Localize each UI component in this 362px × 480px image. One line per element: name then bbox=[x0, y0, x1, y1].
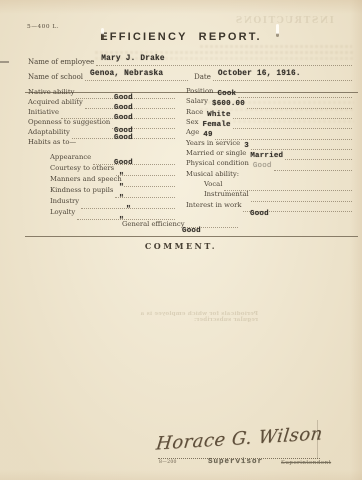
field-label: Musical ability: bbox=[186, 171, 239, 178]
field-label: Age bbox=[186, 129, 199, 136]
rating-label: Habits as to— bbox=[28, 139, 76, 146]
print-run-code: 8—200 bbox=[159, 461, 177, 466]
rating-row-kindness: Kindness to pupils " bbox=[28, 187, 177, 198]
field-label: Years in service bbox=[186, 140, 240, 147]
field-label: Married or single bbox=[186, 150, 246, 157]
field-label: Vocal bbox=[204, 181, 222, 188]
field-row-race: Race White bbox=[186, 109, 354, 119]
ratings-left-column: Native ability Good Acquired ability Goo… bbox=[28, 89, 177, 220]
general-efficiency-label: General efficiency bbox=[122, 221, 185, 228]
dotted-leader: October 16, 1916. bbox=[213, 79, 352, 81]
rating-label: Manners and speech bbox=[50, 176, 122, 183]
school-name-label: Name of school bbox=[28, 74, 83, 81]
signature-role-typed: Supervisor bbox=[208, 459, 263, 467]
fastener-mark-right bbox=[276, 24, 279, 37]
bleed-through-line bbox=[95, 51, 353, 54]
rating-label: Openness to suggestion bbox=[28, 119, 110, 126]
field-label: Position bbox=[186, 88, 213, 95]
bleed-through-instructions: INSTRUCTIONS bbox=[232, 16, 336, 26]
report-title: EFFICIENCY REPORT. bbox=[0, 31, 362, 43]
school-date-row: Name of school Genoa, Nebraska Date Octo… bbox=[28, 74, 354, 81]
rating-row-courtesy: Courtesy to others " bbox=[28, 165, 177, 176]
dotted-leader: Genoa, Nebraska bbox=[85, 79, 188, 81]
bleed-through-periodicals: Periodicals for which employee is a regu… bbox=[138, 311, 258, 323]
general-efficiency-row: General efficiency Good bbox=[122, 221, 240, 228]
date-label: Date bbox=[194, 74, 211, 81]
form-code: 5—400 L. bbox=[27, 25, 59, 31]
rating-label: Loyalty bbox=[50, 209, 75, 216]
bleed-through-line bbox=[200, 45, 352, 48]
rating-row-industry: Industry " bbox=[28, 198, 177, 209]
school-name-value: Genoa, Nebraska bbox=[90, 71, 163, 79]
field-row-salary: Salary $600.00 bbox=[186, 98, 354, 108]
rating-label: Kindness to pupils bbox=[50, 187, 113, 194]
rating-row-loyalty: Loyalty " bbox=[28, 209, 177, 220]
field-label: Race bbox=[186, 109, 203, 116]
field-value: Good bbox=[250, 211, 269, 219]
field-label: Physical condition bbox=[186, 160, 249, 167]
rating-label: Acquired ability bbox=[28, 99, 83, 106]
field-row-position: Position Cook bbox=[186, 88, 354, 98]
field-label: Interest in work bbox=[186, 202, 241, 209]
edge-pencil-mark bbox=[0, 61, 9, 63]
rating-label: Initiative bbox=[28, 109, 59, 116]
field-row-interest-in-work: Interest in work Good bbox=[186, 202, 354, 212]
horizontal-rule bbox=[25, 236, 358, 237]
rating-label: Industry bbox=[50, 198, 79, 205]
supervisor-signature: Horace G. Wilson bbox=[155, 422, 337, 454]
rating-label: Adaptability bbox=[28, 129, 70, 136]
field-label: Sex bbox=[186, 119, 199, 126]
rating-row-manners: Manners and speech " bbox=[28, 176, 177, 187]
ratings-right-column: Position Cook Salary $600.00 Race White … bbox=[186, 88, 354, 212]
general-efficiency-value: Good bbox=[182, 228, 201, 236]
rating-label: Courtesy to others bbox=[50, 165, 114, 172]
rating-label: Native ability bbox=[28, 89, 74, 96]
rating-heading-habits: Habits as to— bbox=[28, 139, 177, 149]
field-label: Instrumental bbox=[204, 191, 249, 198]
dotted-leader: Mary J. Drake bbox=[96, 64, 352, 66]
employee-name-row: Name of employee Mary J. Drake bbox=[28, 59, 354, 66]
field-label: Salary bbox=[186, 98, 208, 105]
signature-role-struck-out: Superintendent bbox=[281, 461, 331, 467]
fastener-mark-left bbox=[101, 28, 104, 40]
rating-label: Appearance bbox=[50, 154, 91, 161]
rating-row-appearance: Appearance Good bbox=[28, 154, 177, 165]
efficiency-report-form: INSTRUCTIONS Periodicals for which emplo… bbox=[0, 0, 362, 480]
employee-name-label: Name of employee bbox=[28, 59, 94, 66]
date-value: October 16, 1916. bbox=[218, 71, 301, 79]
field-row-sex: Sex Female bbox=[186, 119, 354, 129]
employee-name-value: Mary J. Drake bbox=[101, 56, 164, 64]
comment-heading: COMMENT. bbox=[0, 242, 362, 250]
